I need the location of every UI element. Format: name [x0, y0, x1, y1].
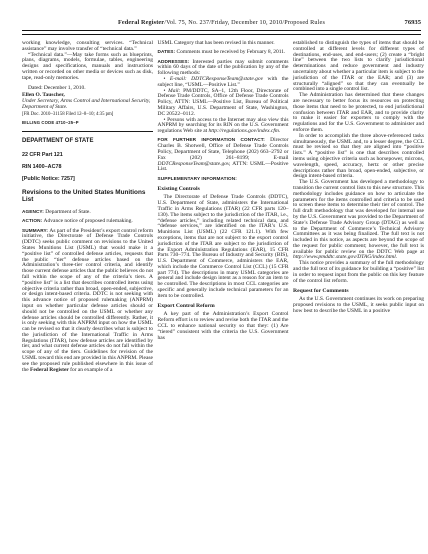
- paragraph: The Directorate of Defense Trade Control…: [158, 195, 289, 299]
- agency-line: AGENCY: Department of State.: [22, 209, 153, 216]
- bullet-internet: • Persons with access to the Internet ma…: [158, 118, 289, 135]
- section-label: SUMMARY:: [22, 228, 49, 233]
- paragraph: “Technical data.”—May take forms such as…: [22, 53, 153, 82]
- column-1: working knowledge, consulting services. …: [22, 41, 153, 373]
- signature-title: Under Secretary, Arms Control and Intern…: [22, 99, 153, 111]
- section-heading-existing-controls: Existing Controls: [158, 187, 289, 193]
- section-label: FOR FURTHER INFORMATION CONTACT:: [158, 137, 271, 142]
- agency-heading: DEPARTMENT OF STATE: [22, 139, 153, 145]
- running-head: Federal Register/Vol. 75, No. 237/Friday…: [22, 19, 421, 26]
- bullet-mail: • Mail: PM/DDTC, SA–1, 12th Floor, Direc…: [158, 89, 289, 118]
- section-label: DATES:: [158, 49, 177, 54]
- action-line: ACTION: Advance notice of proposed rulem…: [22, 218, 153, 225]
- section-heading-export-control-reform: Export Control Reform: [158, 304, 289, 310]
- fr-doc-line: [FR Doc. 2010–31158 Filed 12–8–10; 4:35 …: [22, 112, 153, 118]
- page-body: working knowledge, consulting services. …: [22, 41, 424, 373]
- dates-line: DATES: Comments must be received by Febr…: [158, 49, 289, 56]
- paragraph-continuation: USML Category that has been revised in t…: [158, 41, 289, 47]
- section-label: AGENCY:: [22, 209, 45, 214]
- section-heading-request-for-comments: Request for Comments: [293, 289, 424, 295]
- contact-paragraph: FOR FURTHER INFORMATION CONTACT: Directo…: [158, 137, 289, 173]
- header-rule: [22, 30, 421, 35]
- dated-line: Dated: December 1, 2010.: [22, 86, 153, 92]
- summary-paragraph: SUMMARY: As part of the President’s expo…: [22, 228, 153, 374]
- public-notice: [Public Notice: 7257]: [22, 177, 153, 183]
- paragraph-continuation: established to distinguish the types of …: [293, 41, 424, 93]
- issue-info: /Vol. 75, No. 237/Friday, December 10, 2…: [164, 19, 325, 26]
- rin-number: RIN 1400–AC78: [22, 165, 153, 171]
- section-label: ADDRESSES:: [158, 59, 193, 64]
- page-header: Federal Register/Vol. 75, No. 237/Friday…: [22, 19, 421, 29]
- section-label: ACTION:: [22, 218, 44, 223]
- paragraph: As the U.S. Government continues its wor…: [293, 297, 424, 314]
- federal-register-page: Federal Register/Vol. 75, No. 237/Friday…: [0, 0, 428, 554]
- paragraph: The Administration has determined that t…: [293, 93, 424, 134]
- supplementary-label: SUPPLEMENTARY INFORMATION:: [158, 176, 289, 183]
- billing-code: BILLING CODE 4710–25–P: [22, 120, 153, 126]
- column-2: USML Category that has been revised in t…: [158, 41, 289, 373]
- cfr-part: 22 CFR Part 121: [22, 153, 153, 159]
- section-divider: [22, 131, 153, 132]
- paragraph: This notice provides a summary of the fu…: [293, 261, 424, 284]
- document-title: Revisions to the United States Munitions…: [22, 189, 153, 203]
- paragraph: The U.S. Government has developed a meth…: [293, 180, 424, 261]
- addresses-paragraph: ADDRESSES: Interested parties may submit…: [158, 59, 289, 77]
- section-label: SUPPLEMENTARY INFORMATION:: [158, 176, 237, 181]
- column-3: established to distinguish the types of …: [293, 41, 424, 373]
- paragraph: In order to accomplish the three above-r…: [293, 134, 424, 180]
- paragraph: A key part of the Administration’s Expor…: [158, 312, 289, 341]
- page-number: 76935: [405, 19, 421, 26]
- journal-name: Federal Register: [118, 19, 164, 26]
